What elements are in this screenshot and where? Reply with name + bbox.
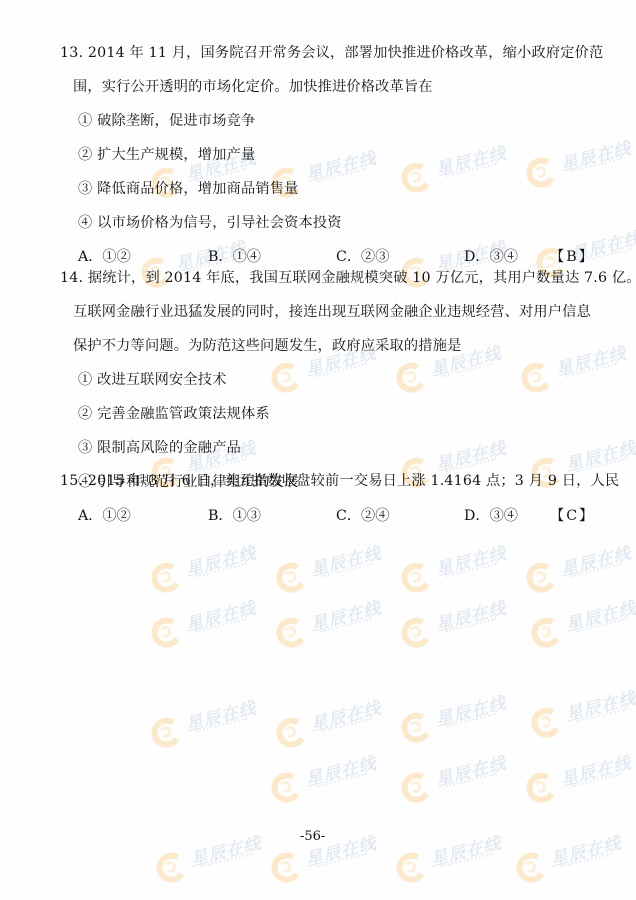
question-stem-line: 14. 据统计，到 2014 年底，我国互联网金融规模突破 10 万亿元，其用户…: [60, 269, 636, 287]
question-stem-line: 围，实行公开透明的市场化定价。加快推进价格改革旨在: [73, 78, 433, 96]
question-stem-line: 13. 2014 年 11 月，国务院召开常务会议，部署加快推进价格改革，缩小政…: [60, 44, 603, 62]
stem-text: 2015 年 3 月 6 日，美元指数收盘较前一交易日上涨 1.4164 点；3…: [88, 473, 619, 489]
choice-c: C．②④: [336, 507, 389, 525]
choice-d: D．③④: [464, 507, 518, 525]
option-item: ② 完善金融监管政策法规体系: [78, 405, 270, 423]
choice-d: D．③④: [464, 248, 518, 266]
stem-text: 2014 年 11 月，国务院召开常务会议，部署加快推进价格改革，缩小政府定价范: [88, 45, 604, 61]
answer-choices: A．①② B．①③ C．②④ D．③④ 【C】: [78, 507, 598, 525]
option-item: ① 改进互联网安全技术: [78, 371, 227, 389]
question-number: 15.: [60, 473, 83, 489]
choice-a: A．①②: [78, 507, 131, 525]
question-stem-line: 互联网金融行业迅猛发展的同时，接连出现互联网金融企业违规经营、对用户信息: [73, 303, 591, 321]
answer-choices: A．①② B．①④ C．②③ D．③④ 【B】: [78, 248, 598, 266]
stem-text: 据统计，到 2014 年底，我国互联网金融规模突破 10 万亿元，其用户数量达 …: [88, 270, 636, 286]
choice-a: A．①②: [78, 248, 131, 266]
answer-key: 【C】: [550, 507, 595, 525]
option-item: ④ 以市场价格为信号，引导社会资本投资: [78, 214, 342, 232]
choice-c: C．②③: [336, 248, 389, 266]
question-stem-line: 保护不力等问题。为防范这些问题发生，政府应采取的措施是: [73, 337, 461, 355]
question-number: 14.: [60, 270, 83, 286]
exam-page: 星辰在线 星辰在线 星辰在线 星辰在线 星辰在线 星辰在线 星辰在线: [0, 0, 636, 900]
exam-content: 13. 2014 年 11 月，国务院召开常务会议，部署加快推进价格改革，缩小政…: [0, 0, 636, 900]
option-item: ① 破除垄断，促进市场竞争: [78, 112, 255, 130]
question-stem-line: 15. 2015 年 3 月 6 日，美元指数收盘较前一交易日上涨 1.4164…: [60, 472, 619, 490]
choice-b: B．①④: [208, 248, 261, 266]
page-number: -56-: [300, 829, 325, 845]
question-number: 13.: [60, 45, 83, 61]
choice-b: B．①③: [208, 507, 261, 525]
option-item: ② 扩大生产规模，增加产量: [78, 146, 255, 164]
option-item: ③ 降低商品价格，增加商品销售量: [78, 180, 299, 198]
answer-key: 【B】: [550, 248, 595, 266]
option-item: ③ 限制高风险的金融产品: [78, 439, 241, 457]
